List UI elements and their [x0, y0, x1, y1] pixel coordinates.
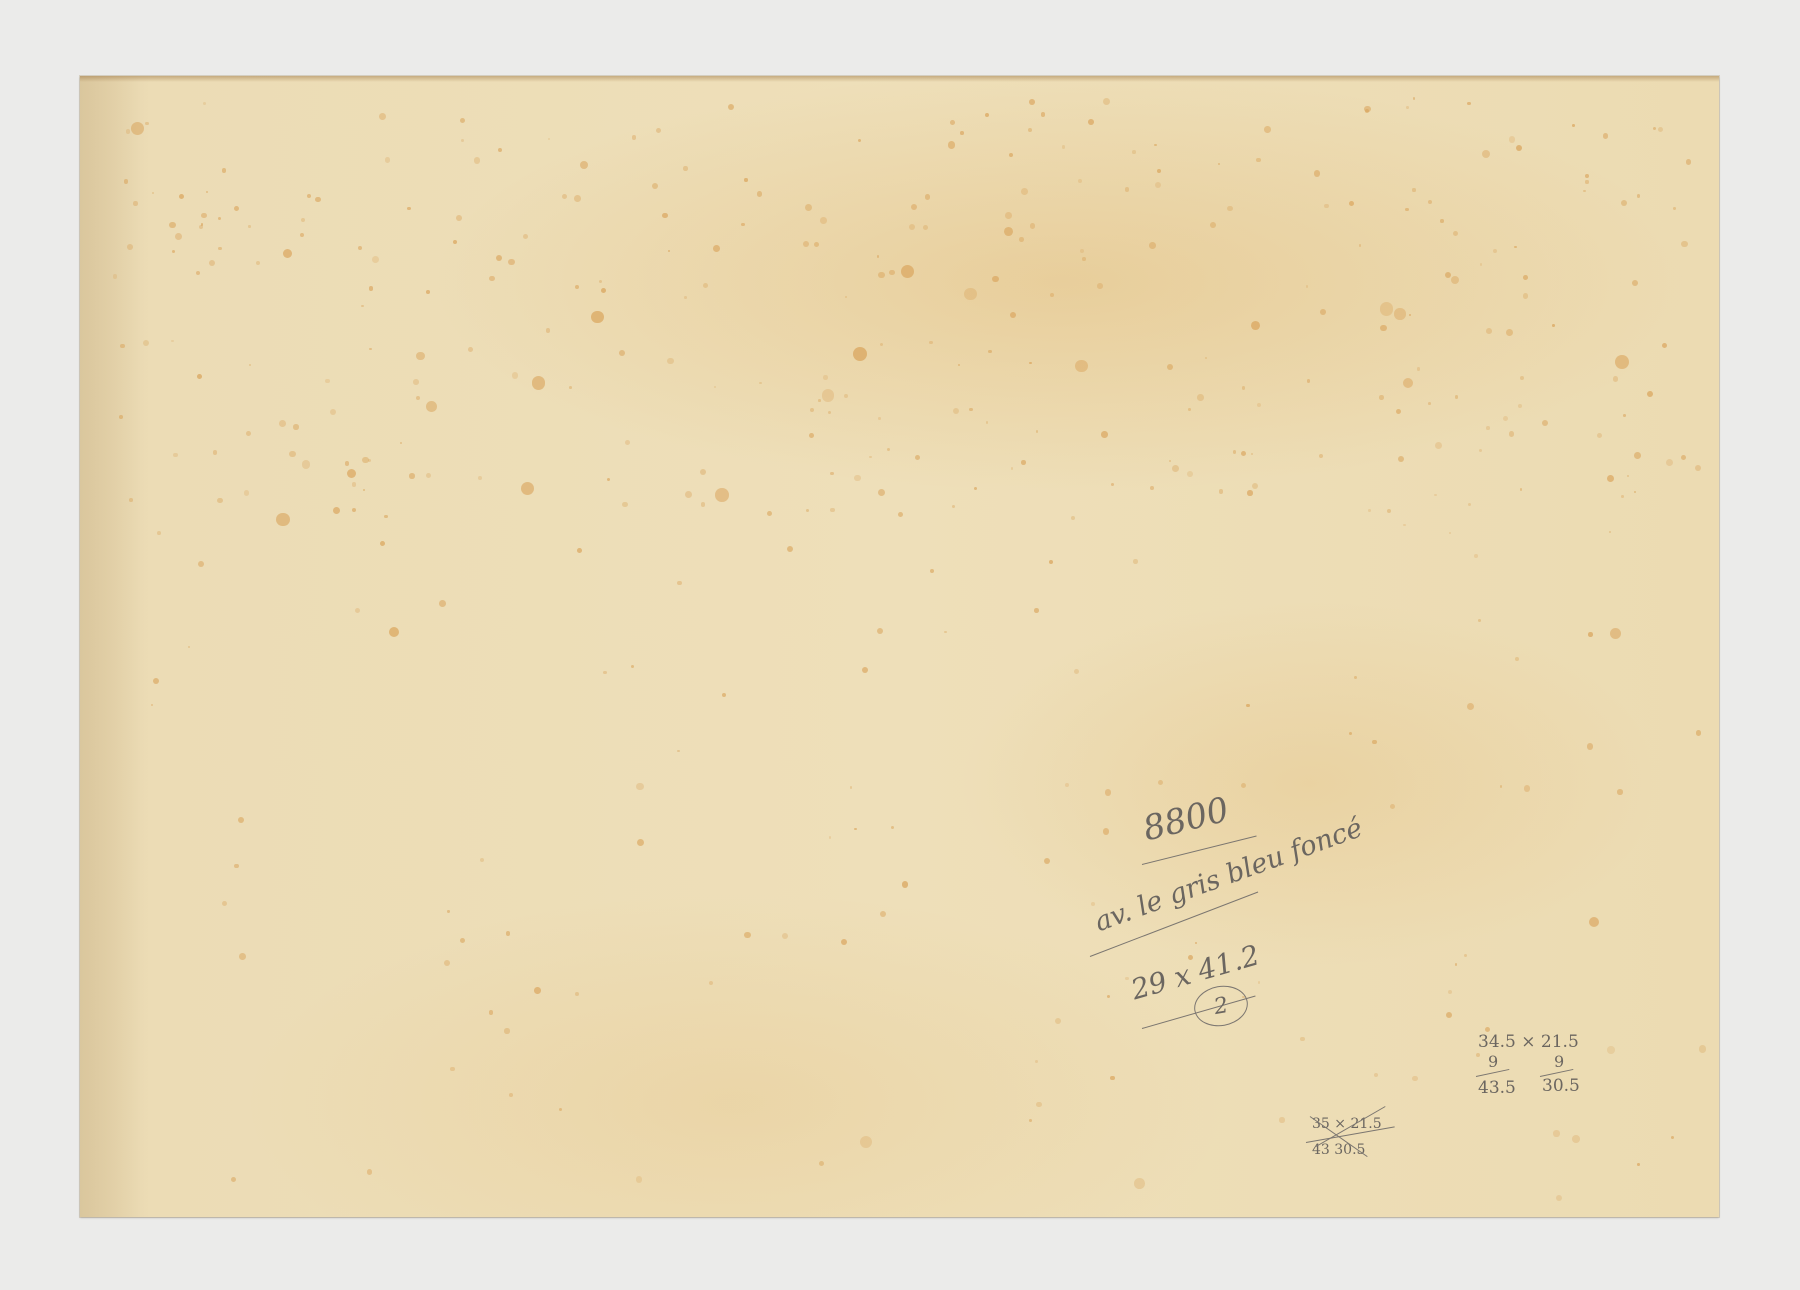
foxing-spot: [1029, 1119, 1032, 1122]
foxing-spot: [1075, 360, 1088, 373]
foxing-spot: [1634, 491, 1636, 493]
foxing-spot: [1621, 495, 1624, 498]
foxing-spot: [1187, 471, 1193, 477]
foxing-spot: [151, 704, 153, 706]
foxing-spot: [1553, 1130, 1559, 1136]
foxing-spot: [379, 113, 386, 120]
foxing-spot: [1514, 246, 1517, 249]
foxing-spot: [1621, 200, 1627, 206]
foxing-spot: [1252, 483, 1258, 489]
foxing-spot: [632, 135, 636, 139]
foxing-spot: [301, 218, 305, 222]
foxing-spot: [1314, 170, 1320, 176]
foxing-spot: [498, 148, 502, 152]
foxing-spot: [1417, 367, 1420, 370]
foxing-spot: [1158, 780, 1163, 785]
foxing-spot: [206, 191, 208, 193]
foxing-spot: [1637, 194, 1641, 198]
foxing-spot: [569, 386, 572, 389]
foxing-spot: [1607, 475, 1614, 482]
foxing-spot: [887, 448, 890, 451]
foxing-spot: [244, 490, 250, 496]
foxing-spot: [787, 546, 794, 553]
foxing-spot: [1467, 703, 1474, 710]
foxing-spot: [1623, 414, 1626, 417]
foxing-spot: [1103, 828, 1110, 835]
foxing-spot: [1464, 954, 1467, 957]
foxing-spot: [352, 482, 357, 487]
foxing-spot: [352, 508, 356, 512]
foxing-spot: [198, 561, 204, 567]
foxing-spot: [276, 513, 289, 526]
foxing-spot: [1307, 379, 1310, 382]
foxing-spot: [199, 225, 203, 229]
foxing-spot: [1406, 106, 1409, 109]
foxing-spot: [1403, 378, 1413, 388]
foxing-spot: [1210, 222, 1216, 228]
foxing-spot: [512, 372, 519, 379]
foxing-spot: [662, 213, 668, 219]
foxing-spot: [1603, 133, 1609, 139]
foxing-spot: [562, 194, 567, 199]
foxing-spot: [238, 817, 244, 823]
foxing-spot: [1613, 376, 1619, 382]
foxing-spot: [1632, 280, 1638, 286]
foxing-spot: [1446, 1012, 1452, 1018]
foxing-spot: [1409, 314, 1411, 316]
foxing-spot: [823, 375, 828, 380]
foxing-spot: [1542, 420, 1548, 426]
foxing-spot: [1468, 503, 1471, 506]
foxing-spot: [925, 194, 931, 200]
foxing-spot: [1658, 127, 1663, 132]
foxing-spot: [619, 350, 625, 356]
foxing-spot: [532, 376, 545, 389]
foxing-spot: [700, 469, 706, 475]
foxing-spot: [1455, 963, 1457, 965]
foxing-spot: [1587, 743, 1594, 750]
foxing-spot: [369, 286, 373, 290]
foxing-spot: [1319, 454, 1323, 458]
foxing-spot: [234, 206, 239, 211]
foxing-spot: [929, 341, 933, 345]
foxing-spot: [407, 207, 411, 211]
foxing-spot: [1300, 1037, 1304, 1041]
foxing-spot: [201, 213, 207, 219]
foxing-spot: [1617, 789, 1622, 794]
foxing-spot: [1219, 489, 1223, 493]
foxing-spot: [1359, 244, 1361, 246]
foxing-spot: [315, 197, 321, 203]
foxing-spot: [830, 472, 833, 475]
foxing-spot: [891, 826, 894, 829]
foxing-spot: [1155, 182, 1161, 188]
foxing-spot: [1380, 302, 1393, 315]
foxing-spot: [668, 250, 670, 252]
foxing-spot: [1552, 324, 1555, 327]
foxing-spot: [347, 469, 356, 478]
foxing-spot: [1150, 486, 1154, 490]
foxing-spot: [523, 234, 528, 239]
foxing-spot: [1218, 163, 1220, 165]
foxing-spot: [1474, 554, 1478, 558]
calc-right-line2a: 9: [1488, 1052, 1498, 1071]
foxing-spot: [637, 839, 644, 846]
foxing-spot: [677, 581, 681, 585]
foxing-spot: [1413, 97, 1416, 100]
foxing-spot: [1394, 308, 1405, 319]
foxing-spot: [677, 750, 679, 752]
foxing-spot: [580, 161, 588, 169]
foxing-spot: [574, 195, 581, 202]
foxing-spot: [1324, 204, 1329, 209]
foxing-spot: [120, 344, 125, 349]
foxing-spot: [1258, 981, 1261, 984]
foxing-spot: [333, 507, 341, 515]
foxing-spot: [1110, 1076, 1115, 1081]
foxing-spot: [1065, 783, 1069, 787]
foxing-spot: [1585, 180, 1588, 183]
foxing-spot: [222, 901, 227, 906]
foxing-spot: [1149, 242, 1156, 249]
foxing-spot: [1132, 150, 1136, 154]
foxing-spot: [279, 420, 286, 427]
foxing-spot: [1686, 159, 1691, 164]
foxing-spot: [1125, 187, 1129, 191]
foxing-spot: [652, 183, 658, 189]
foxing-spot: [988, 350, 992, 354]
foxing-spots: [80, 76, 1719, 1217]
foxing-spot: [1412, 1076, 1418, 1082]
foxing-spot: [850, 786, 852, 788]
foxing-spot: [782, 933, 788, 939]
foxing-spot: [909, 224, 915, 230]
foxing-spot: [1647, 391, 1653, 397]
foxing-spot: [715, 488, 728, 501]
foxing-spot: [631, 665, 634, 668]
foxing-spot: [985, 113, 989, 117]
circled-number-text: 2: [1212, 992, 1230, 1019]
foxing-spot: [1071, 516, 1075, 520]
foxing-spot: [372, 256, 379, 263]
foxing-spot: [1610, 628, 1621, 639]
foxing-spot: [153, 678, 159, 684]
calc-right-line3a: 43.5: [1478, 1078, 1516, 1098]
foxing-spot: [713, 245, 720, 252]
foxing-spot: [1451, 276, 1459, 284]
foxing-spot: [1681, 455, 1686, 460]
foxing-spot: [667, 358, 674, 365]
foxing-spot: [577, 548, 582, 553]
foxing-spot: [930, 569, 935, 574]
foxing-spot: [1374, 1073, 1378, 1077]
foxing-spot: [468, 347, 473, 352]
foxing-spot: [302, 460, 311, 469]
foxing-spot: [218, 217, 221, 220]
foxing-spot: [767, 511, 772, 516]
foxing-spot: [385, 157, 390, 162]
foxing-spot: [400, 442, 402, 444]
foxing-spot: [1435, 442, 1442, 449]
foxing-spot: [1029, 99, 1035, 105]
foxing-spot: [1320, 309, 1326, 315]
foxing-spot: [474, 157, 481, 164]
foxing-spot: [1154, 144, 1157, 147]
foxing-spot: [950, 120, 955, 125]
foxing-spot: [1055, 1018, 1061, 1024]
foxing-spot: [923, 225, 928, 230]
foxing-spot: [362, 457, 369, 464]
foxing-spot: [685, 491, 692, 498]
foxing-spot: [603, 671, 607, 675]
foxing-spot: [878, 272, 884, 278]
foxing-spot: [1188, 408, 1191, 411]
foxing-spot: [878, 489, 885, 496]
foxing-spot: [607, 478, 611, 482]
foxing-spot: [1233, 450, 1237, 454]
foxing-spot: [218, 247, 222, 251]
foxing-spot: [683, 166, 687, 170]
foxing-spot: [389, 627, 399, 637]
foxing-spot: [591, 311, 604, 324]
foxing-spot: [196, 271, 200, 275]
foxing-spot: [1583, 190, 1585, 192]
foxing-spot: [1029, 362, 1031, 364]
foxing-spot: [203, 102, 206, 105]
foxing-spot: [231, 1177, 236, 1182]
foxing-spot: [157, 531, 161, 535]
foxing-spot: [636, 1176, 643, 1183]
foxing-spot: [234, 864, 239, 869]
calc-right-line2b: 9: [1554, 1052, 1564, 1071]
foxing-spot: [701, 502, 706, 507]
foxing-spot: [1372, 740, 1376, 744]
foxing-spot: [1597, 433, 1602, 438]
foxing-spot: [810, 408, 814, 412]
foxing-spot: [1520, 376, 1524, 380]
foxing-spot: [409, 473, 414, 478]
foxing-spot: [964, 288, 976, 300]
foxing-spot: [1050, 293, 1054, 297]
foxing-spot: [546, 328, 551, 333]
paper-board: 8800 av. le gris bleu foncé 29 x 41.2 2 …: [80, 76, 1719, 1217]
foxing-spot: [1503, 416, 1508, 421]
foxing-spot: [171, 340, 173, 342]
foxing-spot: [416, 396, 420, 400]
foxing-spot: [744, 178, 747, 181]
foxing-spot: [1653, 127, 1656, 130]
foxing-spot: [974, 487, 977, 490]
foxing-spot: [860, 1136, 872, 1148]
foxing-spot: [1105, 789, 1111, 795]
foxing-spot: [1101, 431, 1108, 438]
foxing-spot: [1671, 1136, 1674, 1139]
foxing-spot: [534, 987, 541, 994]
foxing-spot: [1157, 169, 1161, 173]
foxing-spot: [877, 628, 883, 634]
foxing-spot: [741, 223, 744, 226]
foxing-spot: [898, 512, 903, 517]
foxing-spot: [944, 631, 946, 633]
foxing-spot: [1627, 475, 1629, 477]
foxing-spot: [1515, 657, 1519, 661]
foxing-spot: [806, 509, 809, 512]
foxing-spot: [1695, 465, 1701, 471]
foxing-spot: [1556, 1195, 1562, 1201]
foxing-spot: [1246, 704, 1249, 707]
foxing-spot: [1486, 426, 1490, 430]
foxing-spot: [1134, 1178, 1145, 1189]
foxing-spot: [1609, 531, 1611, 533]
foxing-spot: [575, 285, 579, 289]
foxing-spot: [1607, 1046, 1615, 1054]
foxing-spot: [127, 244, 133, 250]
foxing-spot: [358, 246, 362, 250]
foxing-spot: [1256, 158, 1260, 162]
foxing-spot: [480, 858, 484, 862]
foxing-spot: [444, 960, 450, 966]
foxing-spot: [1349, 732, 1352, 735]
foxing-spot: [133, 201, 137, 205]
foxing-spot: [1572, 124, 1575, 127]
foxing-spot: [828, 411, 831, 414]
foxing-spot: [841, 939, 847, 945]
foxing-spot: [1011, 467, 1014, 470]
foxing-spot: [1349, 201, 1354, 206]
foxing-spot: [901, 265, 914, 278]
foxing-spot: [877, 255, 880, 258]
foxing-spot: [1403, 524, 1405, 526]
foxing-spot: [845, 296, 847, 298]
foxing-spot: [1062, 145, 1066, 149]
foxing-spot: [1396, 409, 1401, 414]
foxing-spot: [1696, 730, 1701, 735]
foxing-spot: [450, 1067, 454, 1071]
foxing-spot: [1169, 460, 1171, 462]
foxing-spot: [1021, 460, 1026, 465]
foxing-spot: [878, 417, 881, 420]
foxing-spot: [256, 261, 260, 265]
foxing-spot: [1699, 1045, 1706, 1052]
foxing-spot: [1493, 249, 1497, 253]
foxing-spot: [1082, 257, 1086, 261]
foxing-spot: [1080, 249, 1084, 253]
foxing-spot: [1041, 112, 1045, 116]
foxing-spot: [1434, 494, 1436, 496]
foxing-spot: [1205, 357, 1207, 359]
foxing-spot: [1133, 559, 1138, 564]
foxing-spot: [853, 347, 867, 361]
foxing-spot: [902, 881, 909, 888]
foxing-spot: [1049, 560, 1053, 564]
foxing-spot: [709, 981, 713, 985]
foxing-spot: [1387, 509, 1391, 513]
foxing-spot: [1111, 483, 1114, 486]
foxing-spot: [380, 541, 385, 546]
foxing-spot: [369, 348, 372, 351]
foxing-spot: [249, 364, 251, 366]
foxing-spot: [1480, 263, 1482, 265]
foxing-spot: [854, 828, 857, 831]
foxing-spot: [1380, 325, 1386, 331]
foxing-spot: [1634, 452, 1641, 459]
foxing-spot: [426, 401, 437, 412]
foxing-spot: [1518, 404, 1522, 408]
foxing-spot: [1523, 293, 1529, 299]
foxing-spot: [426, 290, 430, 294]
foxing-spot: [703, 283, 708, 288]
foxing-spot: [1103, 98, 1110, 105]
foxing-spot: [1036, 1102, 1042, 1108]
foxing-spot: [506, 931, 510, 935]
foxing-spot: [113, 274, 117, 278]
foxing-spot: [1585, 174, 1589, 178]
foxing-spot: [330, 409, 336, 415]
foxing-spot: [1428, 200, 1433, 205]
foxing-spot: [1637, 1163, 1640, 1166]
foxing-spot: [1673, 207, 1675, 209]
foxing-spot: [915, 455, 920, 460]
foxing-spot: [1021, 188, 1028, 195]
foxing-spot: [819, 1161, 824, 1166]
foxing-spot: [1449, 532, 1451, 534]
foxing-spot: [1036, 430, 1039, 433]
foxing-spot: [361, 305, 363, 307]
foxing-spot: [447, 910, 449, 912]
foxing-spot: [209, 260, 215, 266]
foxing-spot: [1478, 619, 1481, 622]
foxing-spot: [960, 131, 964, 135]
foxing-spot: [152, 192, 154, 194]
foxing-spot: [489, 276, 495, 282]
foxing-spot: [728, 104, 734, 110]
foxing-spot: [1241, 783, 1246, 788]
foxing-spot: [489, 1010, 493, 1014]
foxing-spot: [1398, 456, 1404, 462]
foxing-spot: [986, 421, 989, 424]
foxing-spot: [143, 340, 149, 346]
foxing-spot: [805, 204, 812, 211]
foxing-spot: [1428, 402, 1431, 405]
foxing-spot: [289, 451, 296, 458]
foxing-spot: [1030, 223, 1036, 229]
foxing-spot: [1097, 283, 1103, 289]
foxing-spot: [1044, 858, 1050, 864]
foxing-spot: [1448, 990, 1452, 994]
foxing-spot: [453, 240, 457, 244]
foxing-spot: [478, 476, 482, 480]
foxing-spot: [173, 453, 178, 458]
foxing-spot: [197, 374, 202, 379]
foxing-spot: [1167, 364, 1173, 370]
foxing-spot: [1455, 395, 1458, 398]
foxing-spot: [307, 194, 311, 198]
foxing-spot: [283, 249, 292, 258]
foxing-spot: [548, 138, 550, 140]
foxing-spot: [1520, 488, 1523, 491]
foxing-spot: [188, 646, 190, 648]
foxing-spot: [1227, 206, 1232, 211]
foxing-spot: [722, 693, 726, 697]
foxing-spot: [1009, 153, 1013, 157]
foxing-spot: [575, 992, 579, 996]
foxing-spot: [820, 217, 827, 224]
foxing-spot: [1005, 212, 1012, 219]
foxing-spot: [300, 233, 305, 238]
foxing-spot: [126, 129, 131, 134]
foxing-spot: [622, 502, 627, 507]
foxing-spot: [684, 296, 687, 299]
